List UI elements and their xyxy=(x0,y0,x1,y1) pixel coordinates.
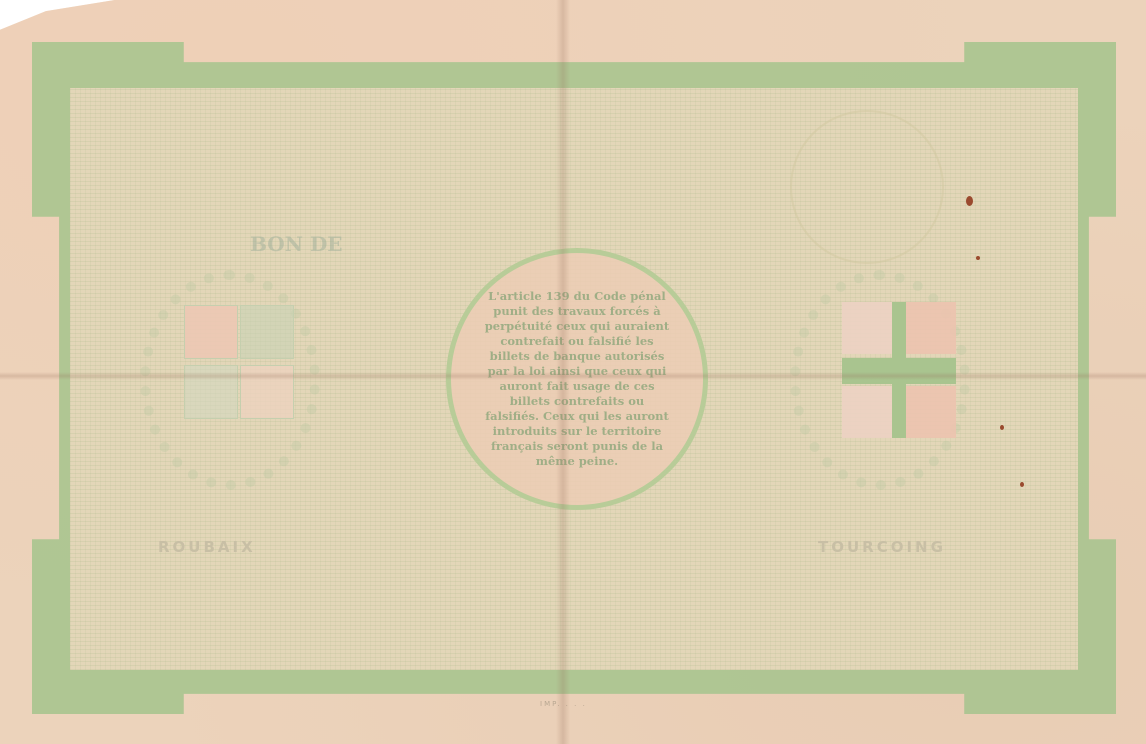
foxing-spot xyxy=(966,196,973,206)
city-label-tourcoing: TOURCOING xyxy=(818,538,946,556)
embossed-seal-icon xyxy=(790,110,944,264)
foxing-spot xyxy=(1000,425,1004,430)
show-through-title: BON DE xyxy=(250,232,343,256)
foxing-spot xyxy=(1020,482,1024,487)
roubaix-coat-of-arms-icon xyxy=(184,305,294,435)
foxing-spot xyxy=(976,256,980,260)
tourcoing-coat-of-arms-icon xyxy=(842,302,952,432)
city-label-roubaix: ROUBAIX xyxy=(158,538,256,556)
horizontal-fold-line xyxy=(0,372,1146,380)
